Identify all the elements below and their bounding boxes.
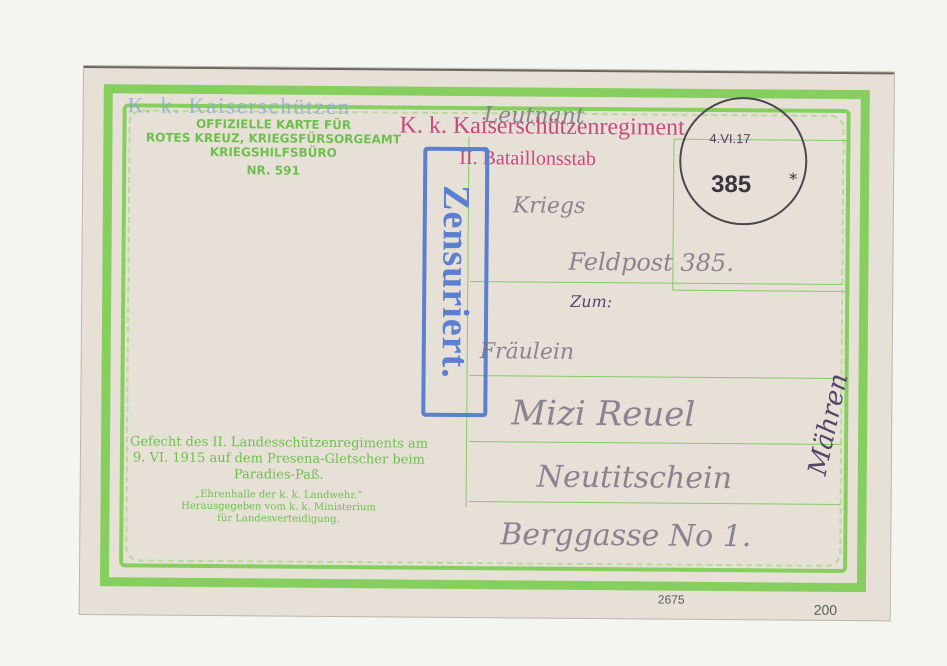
pencil-catalog-number: 2675 bbox=[658, 593, 685, 607]
sender-unit: Kriegs bbox=[513, 193, 586, 219]
censor-stamp: Zensuriert. bbox=[421, 147, 489, 418]
header-line-2: ROTES KREUZ, KRIEGSFÜRSORGEAMT bbox=[123, 130, 423, 146]
postcard: K. k. Kaiserschützen OFFIZIELLE KARTE FÜ… bbox=[80, 66, 894, 620]
censor-text: Zensuriert. bbox=[433, 185, 479, 379]
postmark-number: 385 bbox=[711, 171, 751, 199]
field-post-postmark: 4.VI.17 385 * bbox=[679, 97, 808, 226]
caption-line-3: Paradies-Paß. bbox=[109, 466, 449, 485]
recipient-city: Neutitschein bbox=[537, 460, 733, 497]
recipient-title: Fräulein bbox=[480, 339, 575, 365]
sender-rank: Leutnant bbox=[484, 103, 585, 129]
pencil-price: 200 bbox=[814, 602, 837, 618]
illustration-caption: Gefecht des II. Landesschützenregiments … bbox=[108, 434, 449, 527]
header-line-3: KRIEGSHILFSBÜRO bbox=[123, 144, 423, 160]
recipient-street: Berggasse No 1. bbox=[500, 517, 751, 554]
caption-line-2: 9. VI. 1915 auf dem Presena-Gletscher be… bbox=[109, 450, 449, 469]
printed-header: OFFIZIELLE KARTE FÜR ROTES KREUZ, KRIEGS… bbox=[123, 116, 423, 178]
postmark-star: * bbox=[789, 170, 797, 189]
postmark-date: 4.VI.17 bbox=[709, 131, 750, 146]
recipient-name: Mizi Reuel bbox=[511, 393, 695, 434]
card-number: NR. 591 bbox=[123, 162, 423, 178]
sender-field-post: Feldpost 385. bbox=[568, 248, 734, 277]
zum-label: Zum: bbox=[570, 292, 612, 311]
